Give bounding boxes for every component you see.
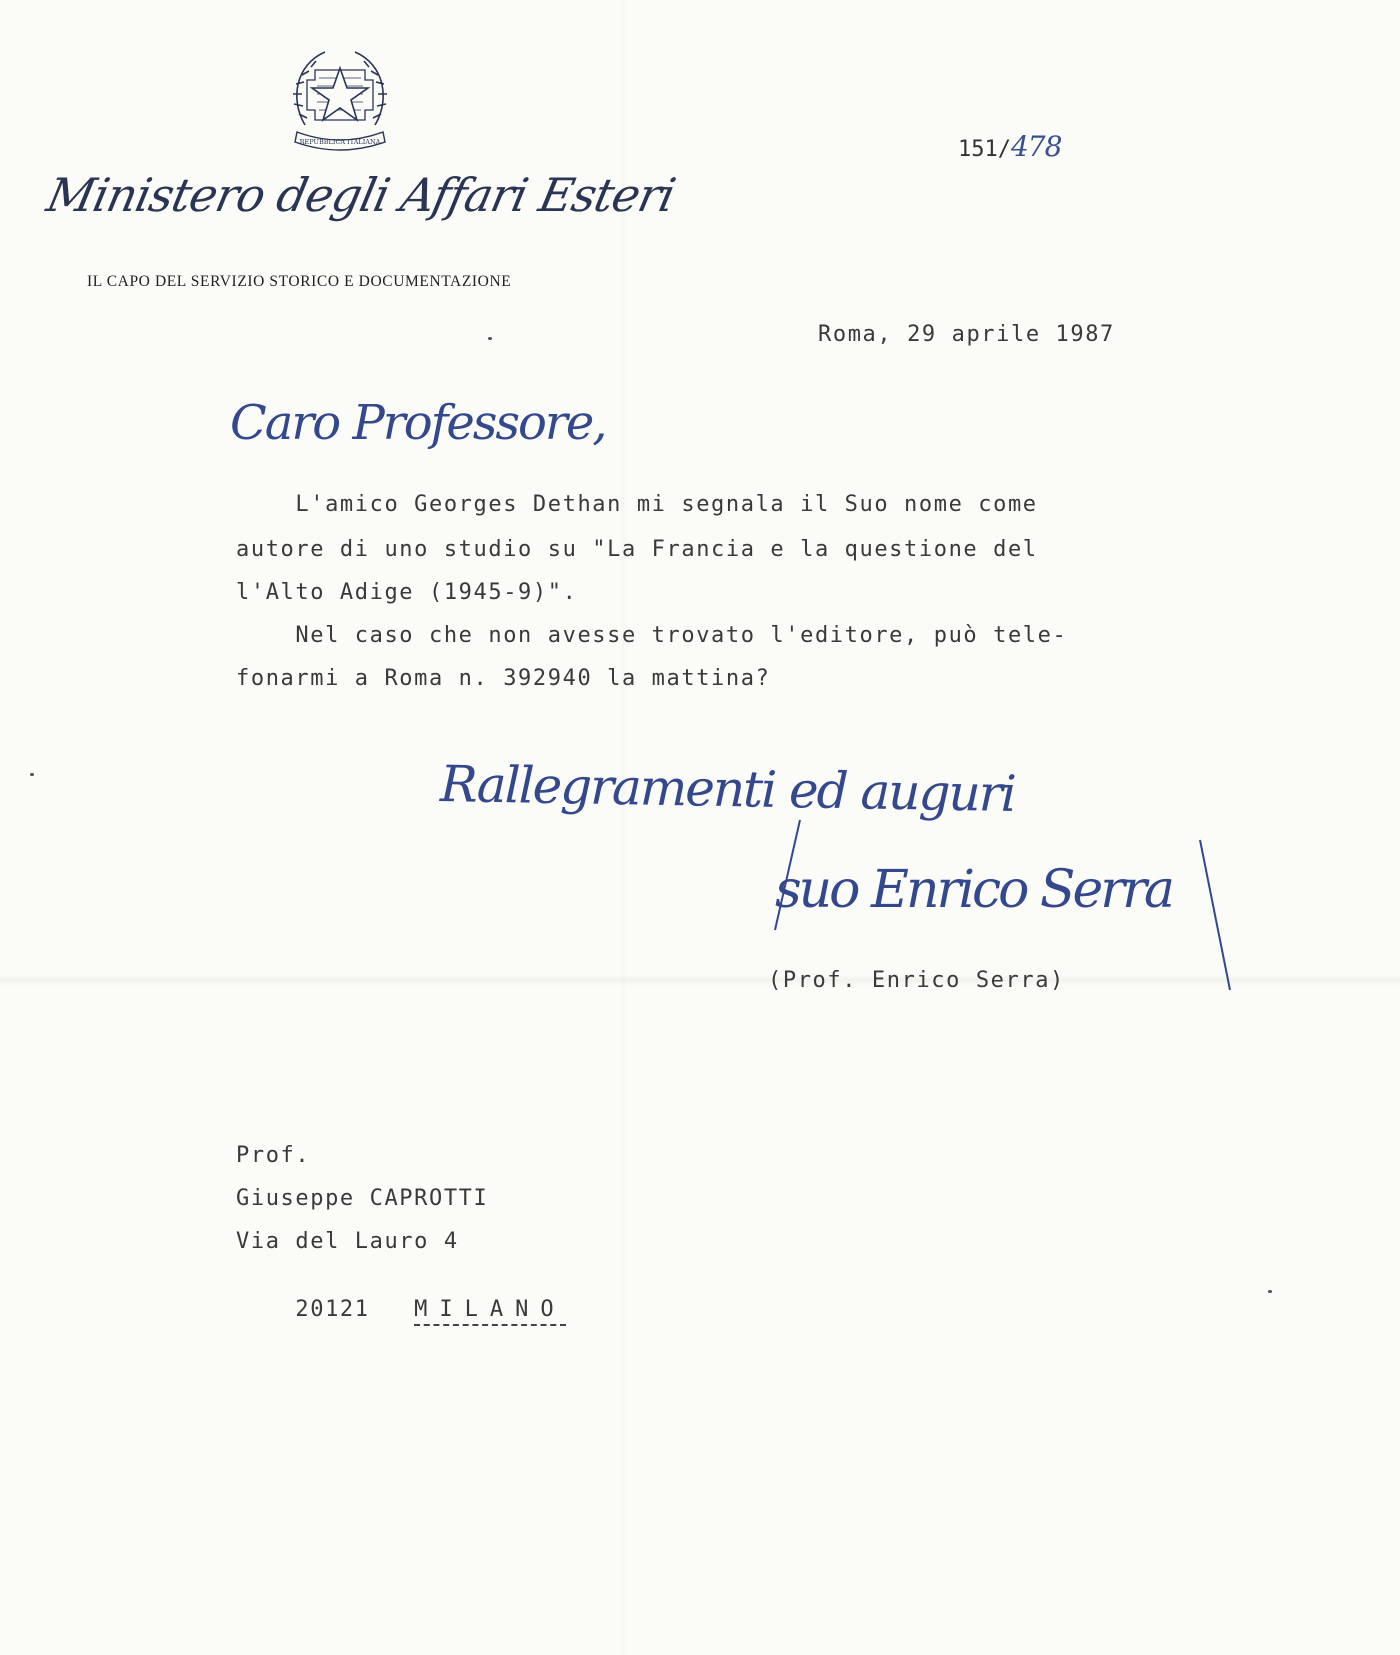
recipient-city-line: 20121 MILANO	[236, 1272, 566, 1351]
recipient-title: Prof.	[236, 1143, 310, 1168]
svg-text:REPUBBLICA ITALIANA: REPUBBLICA ITALIANA	[300, 138, 381, 146]
office-title: IL CAPO DEL SERVIZIO STORICO E DOCUMENTA…	[87, 273, 511, 291]
paper-speck	[1268, 1290, 1272, 1293]
salutation-handwritten: Caro Professore,	[230, 395, 606, 451]
ministry-name: Ministero degli Affari Esteri	[42, 168, 633, 222]
italian-republic-emblem-icon: REPUBBLICA ITALIANA	[285, 40, 395, 160]
typed-signatory-name: (Prof. Enrico Serra)	[768, 968, 1065, 993]
body-line: l'Alto Adige (1945-9)".	[236, 580, 577, 605]
recipient-name: Giuseppe CAPROTTI	[236, 1186, 488, 1211]
protocol-number: 151/478	[958, 130, 1061, 163]
recipient-city: MILANO	[414, 1297, 565, 1326]
letter-page: REPUBBLICA ITALIANA Ministero degli Affa…	[0, 0, 1400, 1655]
paper-speck	[30, 773, 34, 776]
recipient-street: Via del Lauro 4	[236, 1229, 459, 1254]
recipient-postcode: 20121	[295, 1297, 369, 1322]
letter-date: Roma, 29 aprile 1987	[818, 322, 1115, 347]
body-line: fonarmi a Roma n. 392940 la mattina?	[236, 666, 770, 691]
protocol-handwritten: 478	[1011, 130, 1061, 163]
paper-speck	[488, 337, 492, 340]
body-line: autore di uno studio su "La Francia e la…	[236, 537, 1038, 562]
body-line: L'amico Georges Dethan mi segnala il Suo…	[236, 492, 1038, 517]
protocol-typed: 151/	[958, 137, 1011, 162]
body-line: Nel caso che non avesse trovato l'editor…	[236, 623, 1067, 648]
